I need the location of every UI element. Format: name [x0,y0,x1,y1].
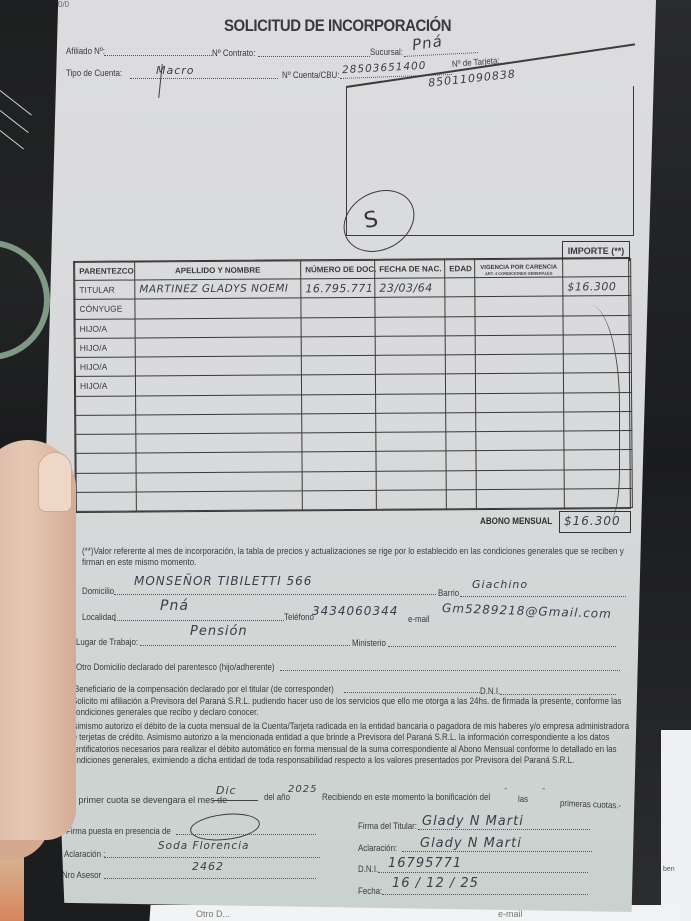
aclaracion-titular-field[interactable] [402,851,592,852]
row-edad[interactable] [445,297,475,316]
col-edad: EDAD [445,260,475,278]
col-importe [563,259,631,277]
row-edad[interactable] [446,412,476,431]
domicilio-field[interactable] [114,594,436,595]
row-nombre[interactable] [136,414,302,434]
beneficiario-dni-field[interactable] [500,694,616,695]
row-fecha-nac[interactable]: 23/03/64 [375,278,445,298]
row-parentezco [76,473,136,493]
abono-mensual-box[interactable]: $16.300 [559,511,631,533]
col-vigencia: VIGENCIA POR CARENCIAART. 4 CONDICIONES … [475,259,563,278]
row-fecha-nac[interactable] [375,355,445,375]
row-parentezco [76,434,136,454]
row-parentezco: HIJO/A [75,376,135,396]
background-text: e-mail [498,909,523,919]
asesor-field[interactable] [104,878,316,879]
first-fee-prefix: La primer cuota se devengara el mes de [66,795,227,805]
tipo-cuenta-field[interactable] [130,78,278,79]
ministerio-label: Ministerio [352,638,386,648]
otro-domicilio-label: Otro Domicilio declarado del parentesco … [76,662,275,672]
row-edad[interactable] [445,278,475,297]
firma-titular-field[interactable] [418,829,590,830]
row-vigencia[interactable] [476,470,564,490]
first-fee-bonus-text: Recibiendo en este momento la bonificaci… [322,792,490,802]
table-row [76,488,632,511]
fecha-value[interactable]: 16 / 12 / 25 [392,876,479,891]
background-text: ben [663,866,675,873]
presencia-label: Firma puesta en presencia de [66,826,171,836]
row-nombre[interactable] [135,317,301,337]
row-nombre[interactable] [135,337,301,357]
thumb-nail [38,452,72,512]
row-doc[interactable] [302,452,376,472]
row-doc[interactable] [301,355,375,375]
row-edad[interactable] [445,335,475,354]
row-nombre[interactable] [135,356,301,376]
col-vigencia-subtitle: ART. 4 CONDICIONES GENERALES [479,270,558,276]
localidad-label: Localidad [82,612,116,622]
bonus-value-1[interactable]: - [504,784,508,794]
row-parentezco: HIJO/A [75,357,135,377]
row-doc[interactable] [301,298,375,318]
trabajo-value[interactable]: Pensión [190,624,248,639]
row-importe[interactable]: $16.300 [563,277,631,297]
telefono-value[interactable]: 3434060344 [312,604,398,618]
row-edad[interactable] [445,316,475,335]
col-nombre: APELLIDO Y NOMBRE [135,261,301,280]
row-vigencia[interactable] [475,316,563,336]
domicilio-value[interactable]: MONSEÑOR TIBILETTI 566 [134,574,312,588]
row-parentezco: HIJO/A [75,319,135,339]
las-label: las [518,794,528,804]
row-fecha-nac[interactable] [376,490,446,510]
col-fecha-nac: FECHA DE NAC. [375,260,445,278]
row-doc[interactable] [301,317,375,337]
telefono-label: Teléfono [284,612,314,622]
row-doc[interactable]: 16.795.771 [301,278,375,298]
afiliado-label: Afiliado Nº: [66,46,105,56]
row-edad[interactable] [446,489,476,508]
barrio-field[interactable] [460,596,626,597]
row-vigencia[interactable] [476,412,564,432]
row-parentezco [76,453,136,473]
row-nombre[interactable] [135,298,301,318]
first-fee-year-label: del año [264,792,290,802]
aclaracion-asesor-value[interactable]: Soda Florencia [158,840,249,852]
row-parentezco [76,396,136,416]
col-parentezco: PARENTEZCO [75,262,135,280]
beneficiario-dni-label: D.N.I. [480,686,500,696]
localidad-value[interactable]: Pná [160,598,189,614]
fecha-label: Fecha: [358,886,382,896]
row-edad[interactable] [446,451,476,470]
row-doc[interactable] [302,413,376,433]
row-parentezco: HIJO/A [75,338,135,358]
otro-domicilio-field[interactable] [280,670,620,671]
row-edad[interactable] [446,432,476,451]
background-text: Otro D... [196,909,230,919]
row-edad[interactable] [445,374,475,393]
row-doc[interactable] [301,336,375,356]
row-fecha-nac[interactable] [375,374,445,394]
row-fecha-nac[interactable] [376,432,446,452]
row-fecha-nac[interactable] [375,316,445,336]
row-nombre[interactable] [136,452,302,472]
first-fee-year[interactable]: 2025 [288,784,317,795]
row-edad[interactable] [446,470,476,489]
row-doc[interactable] [302,432,376,452]
row-nombre[interactable] [136,471,302,491]
aclaracion-asesor-label: Aclaración : [64,849,105,859]
row-vigencia[interactable] [476,431,564,451]
row-parentezco: CÓNYUGE [75,299,135,319]
row-doc[interactable] [302,471,376,491]
firma-titular-value[interactable]: Glady N Marti [422,814,524,829]
background-paper-right: ben [661,730,691,921]
localidad-field[interactable] [114,620,284,621]
col-vigencia-title: VIGENCIA POR CARENCIA [480,264,557,271]
row-doc[interactable] [302,490,376,510]
trabajo-label: Lugar de Trabajo: [76,637,138,647]
asesor-label: Nro Asesor [62,870,101,880]
contrato-label: Nº Contrato: [212,48,255,58]
dni-titular-value[interactable]: 16795771 [388,856,462,871]
row-fecha-nac[interactable] [376,393,446,413]
barrio-label: Barrio [438,588,459,598]
row-fecha-nac[interactable] [375,297,445,317]
legal-debit-text: Asimismo autorizo el débito de la cuota … [68,721,634,767]
aclaracion-titular-label: Aclaración: [358,843,397,853]
aclaracion-titular-value[interactable]: Glady N Marti [420,836,522,851]
dni-titular-label: D.N.I. [358,864,378,874]
row-vigencia[interactable] [475,354,563,374]
row-nombre[interactable] [136,491,302,511]
row-nombre[interactable]: MARTINEZ GLADYS NOEMI [135,279,301,299]
barrio-value[interactable]: Giachino [472,578,528,591]
abono-mensual-value[interactable]: $16.300 [564,514,621,528]
domicilio-label: Domicilio [82,586,114,596]
row-parentezco [76,492,136,512]
row-vigencia[interactable] [475,335,563,355]
abono-mensual-label: ABONO MENSUAL [480,516,552,527]
row-fecha-nac[interactable] [376,451,446,471]
row-vigencia[interactable] [475,373,563,393]
row-vigencia[interactable] [475,296,563,316]
row-vigencia[interactable] [476,489,564,509]
firma-titular-label: Firma del Titular: [358,821,417,831]
sucursal-label: Sucursal: [370,47,403,57]
beneficiario-label: Beneficiario de la compensación declarad… [74,684,334,694]
row-vigencia[interactable] [476,393,564,413]
row-edad[interactable] [445,355,475,374]
row-vigencia[interactable] [475,277,563,297]
dni-titular-field[interactable] [378,872,588,873]
row-fecha-nac[interactable] [376,470,446,490]
first-fee-line: La primer cuota se devengara el mes de [66,790,227,808]
fecha-field[interactable] [382,894,588,895]
afiliado-field[interactable] [104,55,212,56]
row-nombre[interactable] [135,375,301,395]
bonus-value-2[interactable]: - [542,784,546,794]
email-label: e-mail [408,614,430,624]
asesor-value[interactable]: 2462 [192,860,224,873]
row-nombre[interactable] [136,433,302,453]
form-title: SOLICITUD DE INCORPORACIÓN [224,16,451,36]
row-vigencia[interactable] [476,450,564,470]
cuenta-cbu-label: Nº Cuenta/CBU: [282,70,339,80]
members-table: PARENTEZCO APELLIDO Y NOMBRE NÚMERO DE D… [73,257,631,513]
col-doc: NÚMERO DE DOC. [301,260,375,279]
ministerio-field[interactable] [388,646,616,647]
row-parentezco [76,415,136,435]
row-fecha-nac[interactable] [375,336,445,356]
row-parentezco: TITULAR [75,280,135,300]
footnote: (**)Valor referente al mes de incorporac… [82,546,643,569]
tipo-cuenta-label: Tipo de Cuenta: [66,68,122,78]
row-fecha-nac[interactable] [376,413,446,433]
aclaracion-asesor-field[interactable] [104,857,320,858]
trabajo-field[interactable] [140,645,350,646]
beneficiario-field[interactable] [344,692,480,693]
row-nombre[interactable] [136,394,302,414]
row-edad[interactable] [446,393,476,412]
row-doc[interactable] [301,375,375,395]
first-fee-month-line [212,800,258,801]
row-doc[interactable] [302,394,376,414]
contrato-field[interactable] [258,56,370,57]
first-fee-month[interactable]: Dic [216,784,237,797]
legal-affiliation-text: Solicito mi afiliación a Previsora del P… [72,696,638,719]
page-indicator: 0/0 [58,0,69,9]
